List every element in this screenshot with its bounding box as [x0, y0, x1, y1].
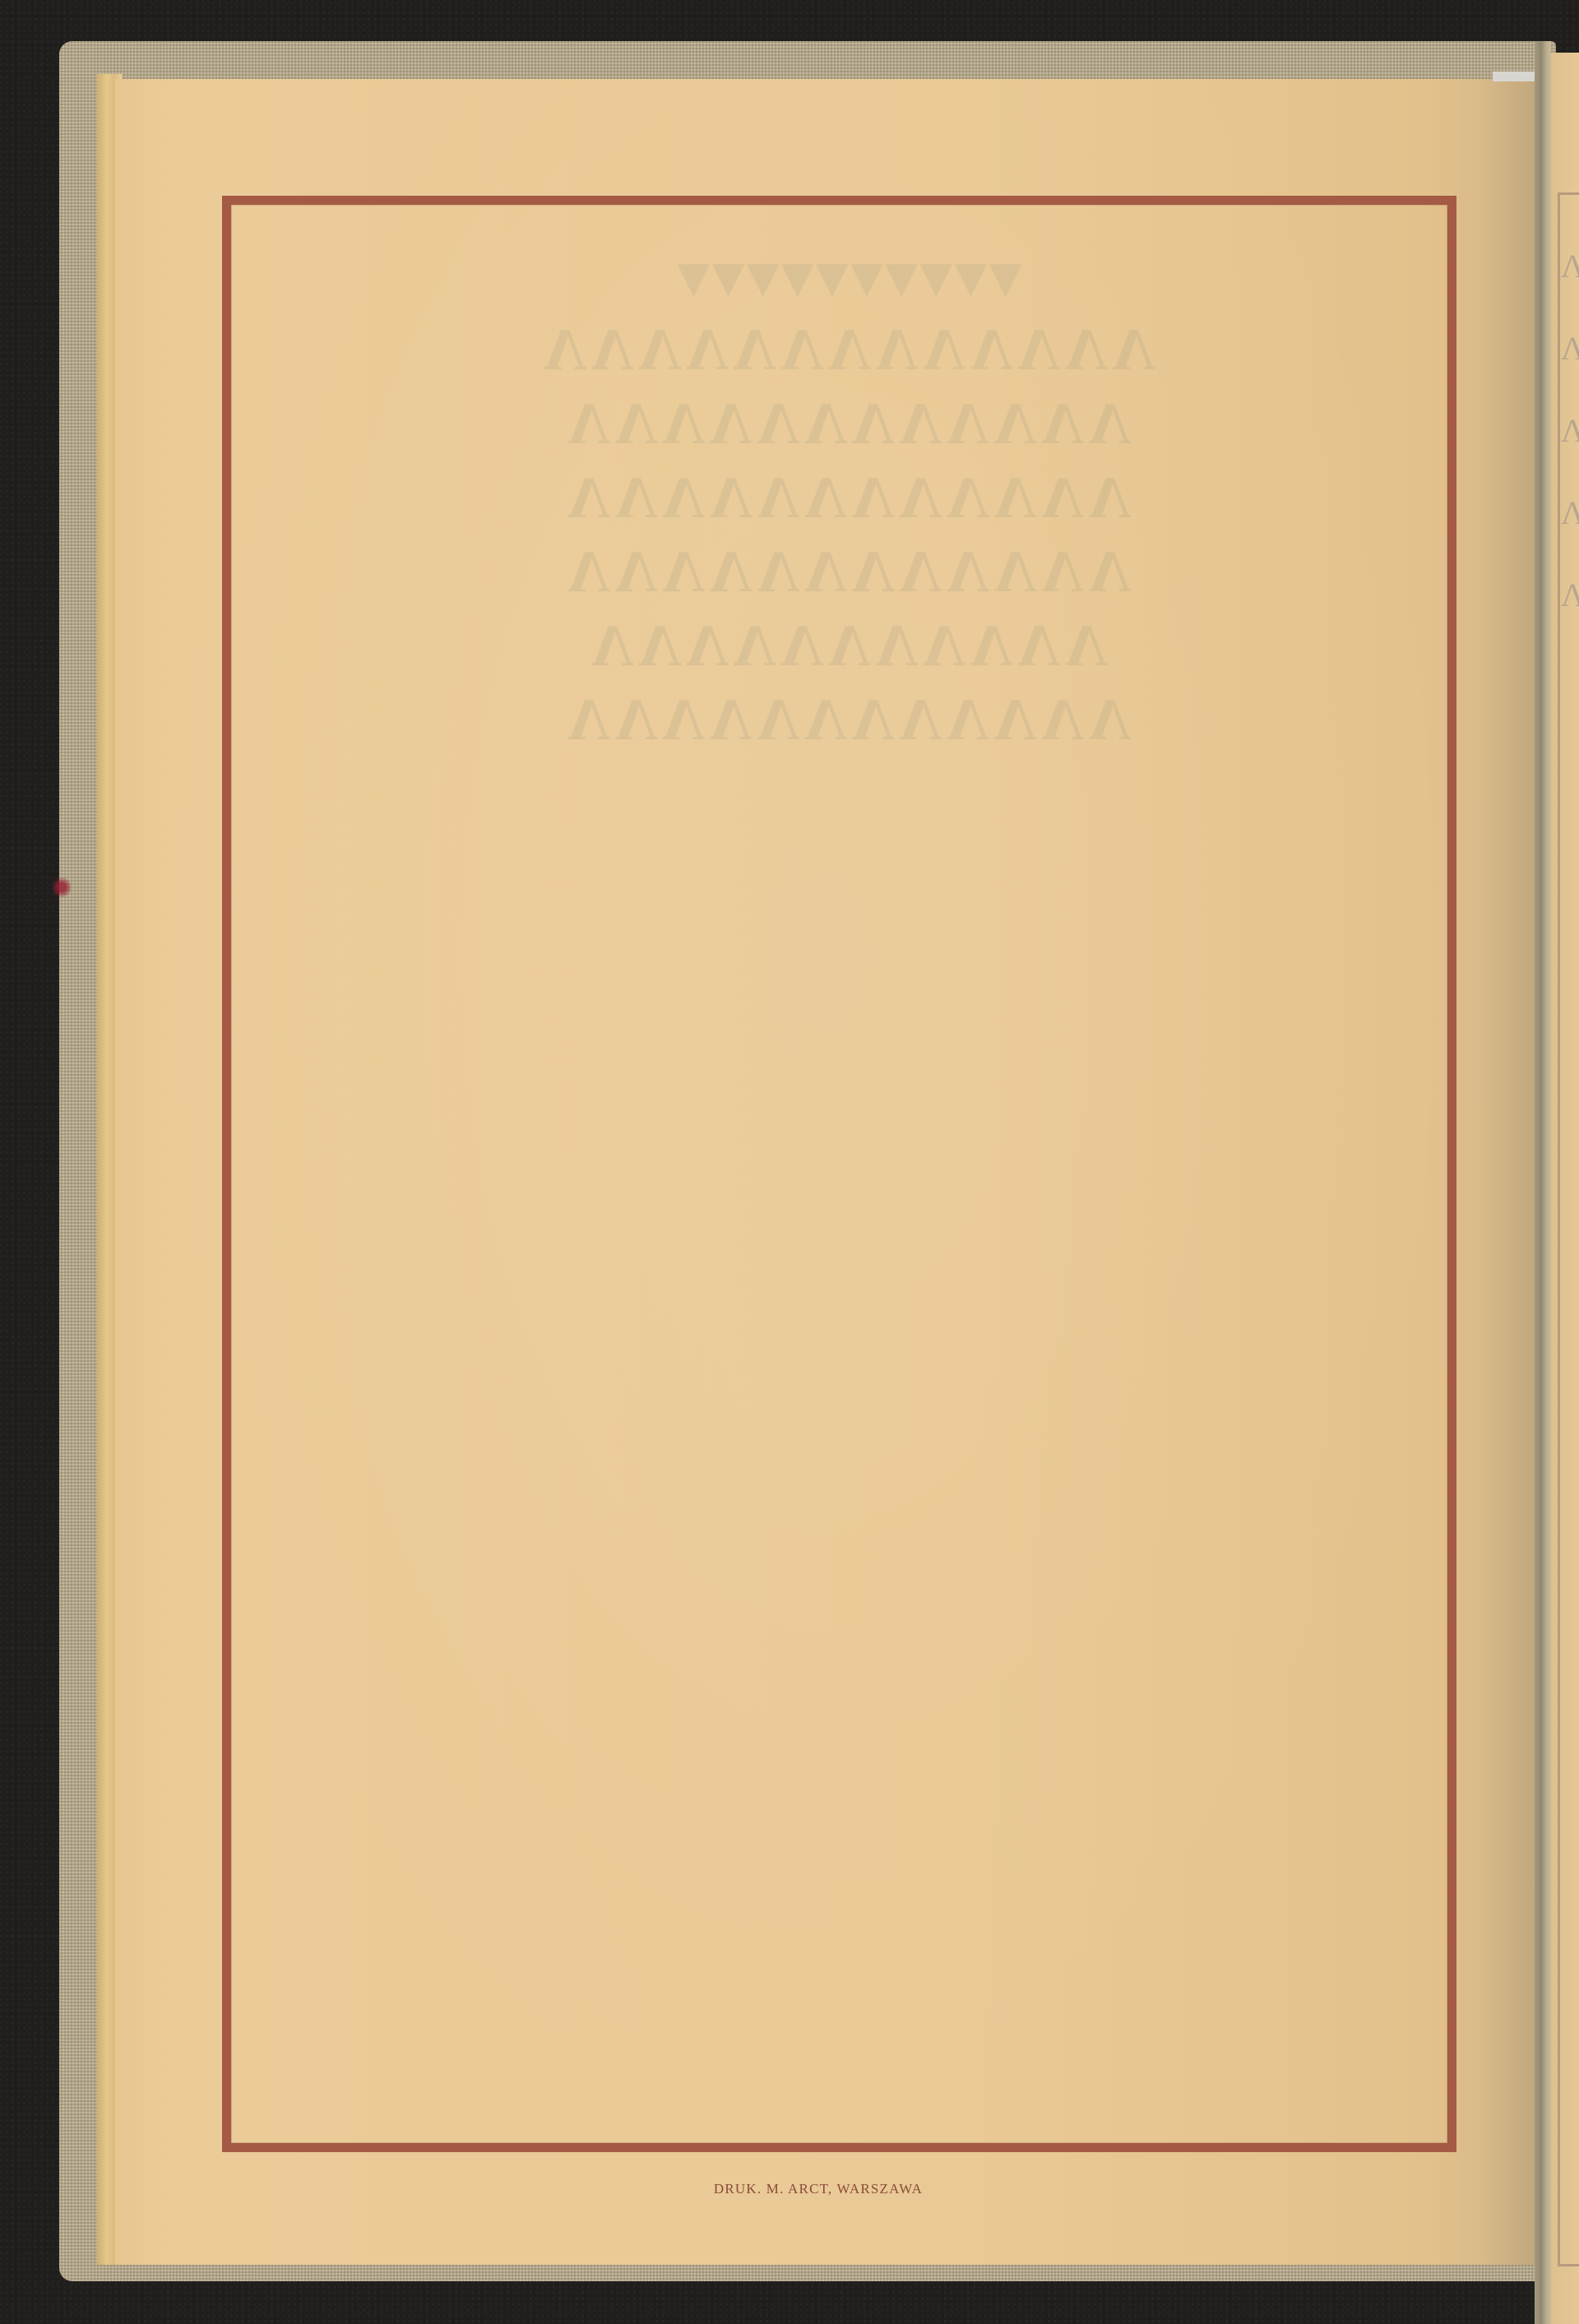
printer-imprint: DRUK. M. ARCT, WARSZAWA	[58, 2181, 1579, 2197]
book-gutter-fold	[1535, 41, 1551, 2324]
facing-page-ornament: ΛΛΛΛΛ	[1561, 225, 1579, 637]
decorative-border-frame	[222, 196, 1456, 2152]
cover-stain	[53, 877, 71, 898]
facing-page-edge: ΛΛΛΛΛ	[1551, 53, 1579, 2324]
